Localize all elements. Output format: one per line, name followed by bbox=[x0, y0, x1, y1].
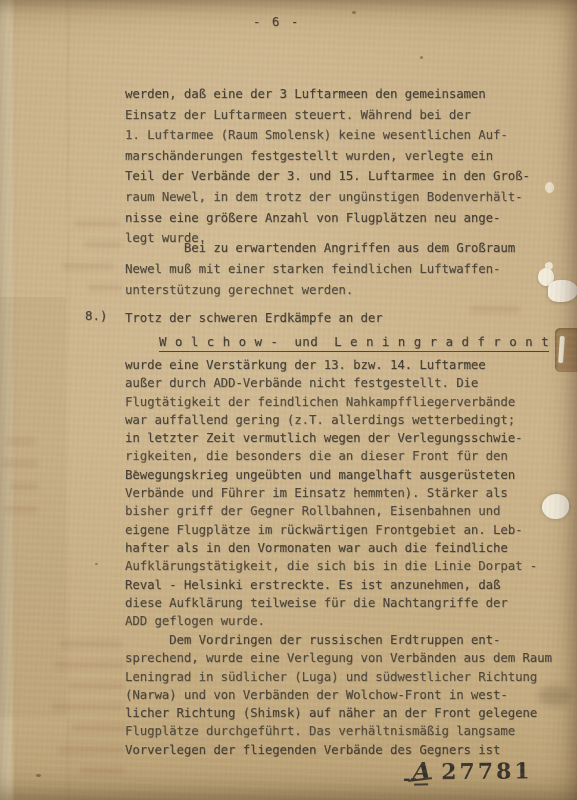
text-line: in letzter Zeit vermutlich wegen der Ver… bbox=[125, 429, 549, 447]
text-line: Bewegungskrieg ungeübten und mangelhaft … bbox=[125, 466, 549, 484]
paper-speck bbox=[420, 56, 423, 59]
section-8: Trotz der schweren Erdkämpfe an der W o … bbox=[125, 308, 549, 630]
text-line: wurde eine Verstärkung der 13. bzw. 14. … bbox=[125, 356, 549, 374]
text-line: Flugtätigkeit der feindlichen Nahkampffl… bbox=[125, 393, 549, 411]
text-line: raum Newel, in dem trotz der ungünstigen… bbox=[125, 187, 530, 208]
text-line: werden, daß eine der 3 Luftarmeen den ge… bbox=[125, 84, 530, 105]
page-number: - 6 - bbox=[253, 14, 300, 29]
paper-damage-spot bbox=[548, 280, 577, 302]
text-line: nisse eine größere Anzahl von Flugplätze… bbox=[125, 208, 530, 229]
paper-tear-sliver bbox=[558, 336, 565, 363]
text-line: rigkeiten, die besonders die an dieser F… bbox=[125, 447, 549, 465]
ghost-text-mark bbox=[80, 767, 124, 775]
text-line: bisher griff der Gegner Rollbahnen, Eise… bbox=[125, 502, 549, 520]
ghost-text-mark bbox=[72, 724, 126, 732]
paper-tear bbox=[555, 328, 577, 372]
text-line: außer durch ADD-Verbände nicht festgeste… bbox=[125, 374, 549, 392]
text-line: unterstützung gerechnet werden. bbox=[125, 280, 515, 301]
stamp-number: 27781 bbox=[441, 758, 533, 785]
ghost-text-mark bbox=[74, 220, 120, 227]
scanned-document-page: - 6 - werden, daß eine der 3 Luftarmeen … bbox=[0, 0, 577, 800]
text-line: Teil der Verbände der 3. und 15. Luftarm… bbox=[125, 166, 530, 187]
stamp-letter: A bbox=[412, 756, 431, 785]
text-line: sprechend, wurde eine Verlegung von Verb… bbox=[125, 649, 552, 667]
ghost-text-mark bbox=[55, 661, 125, 669]
text-line: eigene Flugplätze im rückwärtigen Frontg… bbox=[125, 521, 549, 539]
ghost-text-mark bbox=[84, 241, 122, 248]
section-body: wurde eine Verstärkung der 13. bzw. 14. … bbox=[125, 356, 549, 630]
text-line: Leningrad in südlicher (Luga) und südwes… bbox=[125, 668, 552, 686]
text-line: hafter als in den Vormonaten war auch di… bbox=[125, 539, 549, 557]
text-line: Verbände und Führer im Einsatz hemmten).… bbox=[125, 484, 549, 502]
ghost-text-mark bbox=[60, 640, 122, 648]
text-line: 1. Luftarmee (Raum Smolensk) keine wesen… bbox=[125, 125, 530, 146]
ghost-text-mark bbox=[2, 460, 38, 467]
paragraph: Bei zu erwartenden Angriffen aus dem Gro… bbox=[125, 238, 515, 300]
section-marker: 8.) bbox=[85, 308, 107, 323]
fold-crease-line bbox=[67, 0, 69, 800]
text-line: Bei zu erwartenden Angriffen aus dem Gro… bbox=[125, 238, 515, 259]
paper-speck bbox=[95, 563, 98, 565]
text-line: diese Aufklärung teilweise für die Nacht… bbox=[125, 594, 549, 612]
stamp-under-dash bbox=[415, 784, 429, 786]
paragraph: Dem Vordringen der russischen Erdtruppen… bbox=[125, 631, 552, 759]
archive-stamp: -A27781 bbox=[403, 755, 533, 785]
text-line: Flugplätze durchgeführt. Das verhältnism… bbox=[125, 722, 552, 740]
ghost-text-mark bbox=[88, 284, 122, 291]
paper-damage-spot bbox=[545, 182, 554, 193]
text-line: (Narwa) und von Verbänden der Wolchow-Fr… bbox=[125, 686, 552, 704]
ghost-text-mark bbox=[6, 438, 36, 445]
section-heading-underlined: W o l c h o w - und L e n i n g r a d f … bbox=[159, 334, 549, 352]
paper-damage-spot bbox=[542, 494, 569, 519]
paragraph: werden, daß eine der 3 Luftarmeen den ge… bbox=[125, 84, 530, 249]
ghost-text-mark bbox=[68, 682, 124, 690]
paper-speck bbox=[352, 11, 356, 14]
text-line: war auffallend gering (z.T. allerdings w… bbox=[125, 411, 549, 429]
paper-speck bbox=[134, 470, 137, 473]
section-intro-line: Trotz der schweren Erdkämpfe an der bbox=[125, 308, 549, 328]
text-line: marschänderungen festgestellt wurden, ve… bbox=[125, 146, 530, 167]
ghost-text-mark bbox=[62, 263, 114, 270]
ghost-text-mark bbox=[58, 746, 124, 754]
text-line: Aufklärungstätigkeit, die sich bis in di… bbox=[125, 557, 549, 575]
ghost-text-mark bbox=[52, 703, 124, 711]
text-line: ADD geflogen wurde. bbox=[125, 612, 549, 630]
paper-smudge bbox=[538, 686, 572, 706]
paper-speck bbox=[36, 774, 41, 777]
ghost-text-mark bbox=[4, 506, 38, 513]
text-line: Dem Vordringen der russischen Erdtruppen… bbox=[125, 631, 552, 649]
text-line: Reval - Helsinki erstreckte. Es ist anzu… bbox=[125, 576, 549, 594]
text-line: Newel muß mit einer starken feindlichen … bbox=[125, 259, 515, 280]
text-line: licher Richtung (Shimsk) auf näher an de… bbox=[125, 704, 552, 722]
text-line: Einsatz der Luftarmeen steuert. Während … bbox=[125, 105, 530, 126]
ghost-text-mark bbox=[10, 483, 38, 490]
